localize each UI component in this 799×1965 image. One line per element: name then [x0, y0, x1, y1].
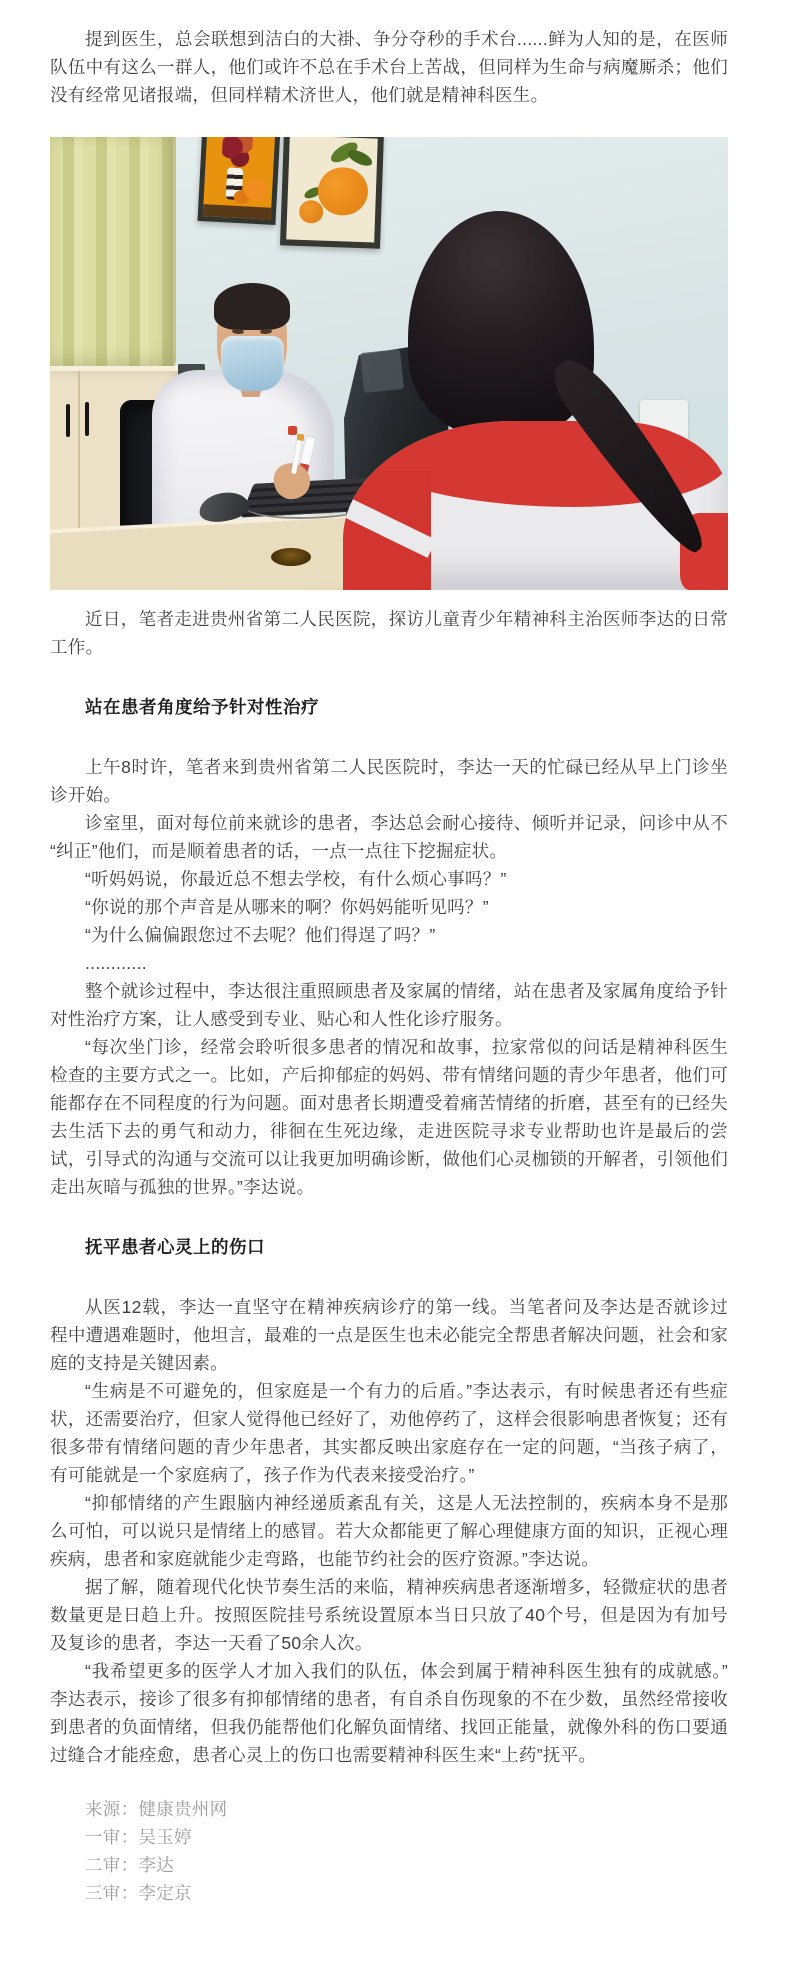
intro-paragraph: 提到医生，总会联想到洁白的大褂、争分夺秒的手术台......鲜为人知的是，在医师… — [50, 25, 728, 109]
orange-flower-artwork — [203, 137, 276, 220]
source-line: 来源：健康贵州网 — [50, 1795, 728, 1823]
large-orange-motif — [317, 167, 369, 217]
window-curtain — [50, 137, 176, 370]
flowers-motif — [221, 137, 253, 169]
picture-frame-flower-art — [197, 137, 280, 225]
body-paragraph: 据了解，随着现代化快节奏生活的来临，精神疾病患者逐渐增多，轻微症状的患者数量更是… — [50, 1573, 728, 1657]
body-paragraph: 诊室里，面对每位前来就诊的患者，李达总会耐心接待、倾听并记录，问诊中从不“纠正”… — [50, 809, 728, 865]
consultation-photo — [50, 137, 728, 590]
body-paragraph: “每次坐门诊，经常会聆听很多患者的情况和故事，拉家常似的问话是精神科医生检查的主… — [50, 1033, 728, 1201]
fruit-motif — [244, 178, 269, 201]
cabinet-handle — [85, 402, 89, 436]
body-paragraph: “我希望更多的医学人才加入我们的队伍，体会到属于精神科医生独有的成就感。”李达表… — [50, 1657, 728, 1769]
visit-note-paragraph: 近日，笔者走进贵州省第二人民医院，探访儿童青少年精神科主治医师李达的日常工作。 — [50, 605, 728, 661]
body-paragraph: “生病是不可避免的，但家庭是一个有力的后盾。”李达表示，有时候患者还有些症状，还… — [50, 1377, 728, 1489]
body-paragraph: 上午8时许，笔者来到贵州省第二人民医院时，李达一天的忙碌已经从早上门诊坐诊开始。 — [50, 753, 728, 809]
body-paragraph: “抑郁情绪的产生跟脑内神经递质紊乱有关，这是人无法控制的，疾病本身不是那么可怕，… — [50, 1489, 728, 1573]
article-content: 提到医生，总会联想到洁白的大褂、争分夺秒的手术台......鲜为人知的是，在医师… — [50, 0, 728, 1927]
body-paragraph: 整个就诊过程中，李达很注重照顾患者及家属的情绪，站在患者及家属角度给予针对性治疗… — [50, 977, 728, 1033]
table-motif — [203, 204, 272, 220]
third-reviewer-line: 三审：李定京 — [50, 1879, 728, 1907]
small-orange-motif — [299, 200, 324, 224]
article-footer: 来源：健康贵州网 一审：吴玉婷 二审：李达 三审：李定京 — [50, 1795, 728, 1927]
second-reviewer-line: 二审：李达 — [50, 1851, 728, 1879]
picture-frame-orange-art — [280, 137, 384, 249]
ellipsis-paragraph: ............ — [50, 949, 728, 977]
striped-vase-motif — [226, 167, 244, 200]
doctor-surgical-mask — [221, 336, 284, 391]
section-heading-targeted-treatment: 站在患者角度给予针对性治疗 — [50, 693, 728, 721]
quote-paragraph: “你说的那个声音是从哪来的啊？你妈妈能听见吗？” — [50, 893, 728, 921]
leaf-motif — [346, 148, 375, 168]
article-page: { "palette": { "page_bg": "#ffffff", "bo… — [0, 0, 799, 1965]
section-heading-heal-wounds: 抚平患者心灵上的伤口 — [50, 1233, 728, 1261]
quote-paragraph: “听妈妈说，你最近总不想去学校，有什么烦心事吗？” — [50, 865, 728, 893]
doctor-lapel-pin — [288, 426, 297, 435]
desk-cable-hole — [271, 548, 311, 566]
orange-fruit-artwork — [286, 137, 378, 243]
monitor-back-panel — [360, 349, 404, 393]
doctor-hair — [214, 283, 290, 330]
quote-paragraph: “为什么偏偏跟您过不去呢？他们得逞了吗？” — [50, 921, 728, 949]
body-paragraph: 从医12载，李达一直坚守在精神疾病诊疗的第一线。当笔者问及李达是否就诊过程中遭遇… — [50, 1293, 728, 1377]
cabinet-handle — [66, 404, 70, 437]
first-reviewer-line: 一审：吴玉婷 — [50, 1823, 728, 1851]
